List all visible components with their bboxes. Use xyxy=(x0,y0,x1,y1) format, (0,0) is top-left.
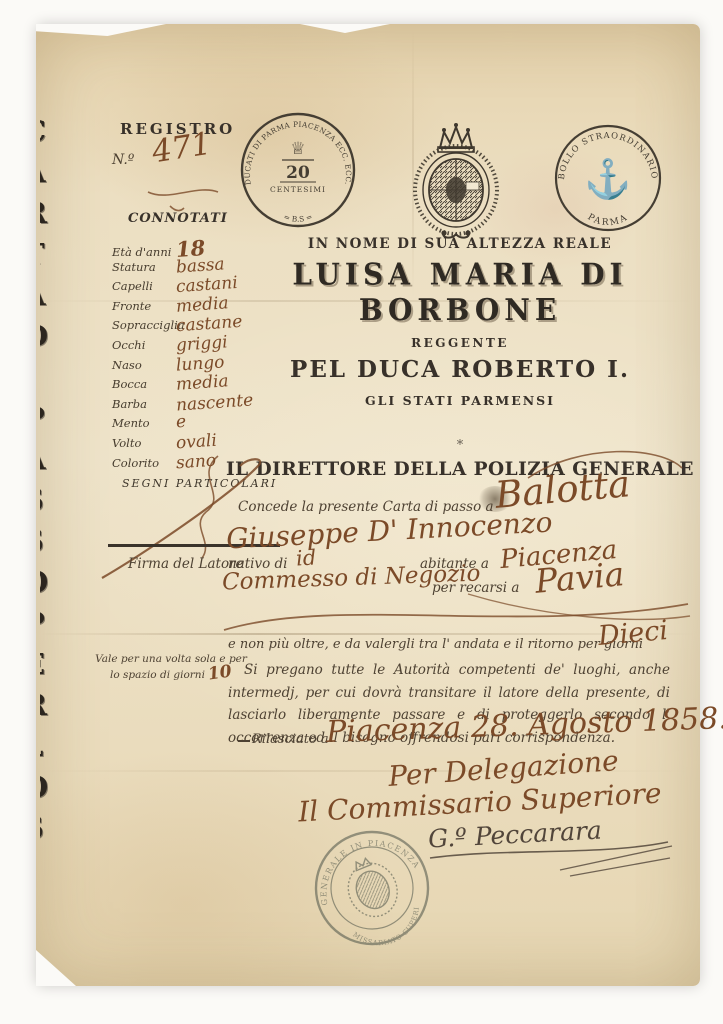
counterfoil-letter-fragment: E xyxy=(40,649,53,679)
rilasciato-label: Rilasciato a xyxy=(252,732,329,747)
counterfoil-letter-fragment: S xyxy=(40,813,53,843)
counterfoil-letter-fragment: S xyxy=(40,526,53,556)
bollo-straordinario-stamp: BOLLO STRAORDINARIO ⚓ PARMA xyxy=(552,122,664,234)
giorni-line: e non più oltre, e da valergli tra l' an… xyxy=(228,637,643,652)
connotati-label: Capelli xyxy=(112,279,176,293)
connotati-row: Capellicastani xyxy=(112,275,312,295)
registro-number-label: N.º xyxy=(112,152,134,168)
connotati-row: Sopraccigliacastane xyxy=(112,314,312,334)
counterfoil-letter-fragment: T xyxy=(40,239,53,269)
counterfoil-letter-fragment: P xyxy=(40,608,53,638)
counterfoil-letter-fragment: C xyxy=(40,116,53,146)
svg-text:PARMA: PARMA xyxy=(586,212,631,228)
connotati-row: Staturabassa xyxy=(112,256,312,276)
connotati-value: e xyxy=(175,412,186,433)
connotati-label: Occhi xyxy=(112,338,176,352)
connotati-label: Fronte xyxy=(112,299,176,313)
fiscal-value: 20 xyxy=(286,163,310,183)
connotati-label: Statura xyxy=(112,260,176,274)
connotati-row: Voltoovali xyxy=(112,432,312,452)
connotati-row: Età d'anni18 xyxy=(112,236,312,256)
connotati-label: Bocca xyxy=(112,377,176,391)
crown-icon: ♕ xyxy=(290,139,305,159)
counterfoil-letter-fragment: R xyxy=(40,198,53,228)
counterfoil-letter-fragment: D xyxy=(40,321,53,351)
connotati-row: Barbanascente xyxy=(112,393,312,413)
connotati-label: Barba xyxy=(112,397,176,411)
connotati-label: Naso xyxy=(112,358,176,372)
counterfoil-letter-fragment: L xyxy=(40,731,53,761)
coat-of-arms xyxy=(400,116,512,240)
counterfoil-letter-fragment: P xyxy=(40,403,53,433)
counterfoil-letter-fragment: R xyxy=(40,690,53,720)
connotati-title: CONNOTATI xyxy=(128,211,228,226)
counterfoil-letter-fragment: O xyxy=(40,567,53,597)
counterfoil-letter-fragment: A xyxy=(40,157,53,187)
scanned-document: CARTADIPASSOPERLOS REGISTRO N.º 471 DUCA… xyxy=(0,0,723,1024)
fiscal-stamp-20-centesimi: DUCATI DI PARMA PIACENZA ECC. ECC. ♕ 20 … xyxy=(238,110,358,230)
signature-flourish xyxy=(420,840,680,880)
fiscal-unit: CENTESIMI xyxy=(270,185,326,194)
connotati-row: Boccamedia xyxy=(112,373,312,393)
connotati-label: Mento xyxy=(112,416,176,430)
giorni-value: Dieci xyxy=(597,615,669,652)
bollo-ring-bottom: PARMA xyxy=(586,212,631,228)
connotati-row: Nasolungo xyxy=(112,354,312,374)
connotati-value: nascente xyxy=(175,390,253,415)
connotati-row: Mentoe xyxy=(112,412,312,432)
counterfoil-strip: CARTADIPASSOPERLOS xyxy=(40,116,53,843)
svg-text:= B.S =: = B.S = xyxy=(282,212,313,224)
connotati-value: media xyxy=(175,371,229,395)
connotati-row: Occhigriggi xyxy=(112,334,312,354)
counterfoil-letter-fragment: A xyxy=(40,444,53,474)
pen-flourish xyxy=(520,438,690,482)
connotati-row: Frontemedia xyxy=(112,295,312,315)
counterfoil-letter-fragment: S xyxy=(40,485,53,515)
counterfoil-letter-fragment: O xyxy=(40,772,53,802)
counterfoil-letter-fragment: I xyxy=(40,362,53,392)
fiscal-ring-bottom: = B.S = xyxy=(282,212,313,224)
validity-note: Vale per una volta sola e per lo spazio … xyxy=(92,652,250,682)
connotati-label: Sopracciglia xyxy=(112,318,176,332)
connotati-list: Età d'anni18 Staturabassa Capellicastani… xyxy=(112,236,312,471)
dash-mark xyxy=(238,740,250,742)
counterfoil-letter-fragment: A xyxy=(40,280,53,310)
connotati-label: Volto xyxy=(112,436,176,450)
anchor-icon: ⚓ xyxy=(584,157,631,201)
